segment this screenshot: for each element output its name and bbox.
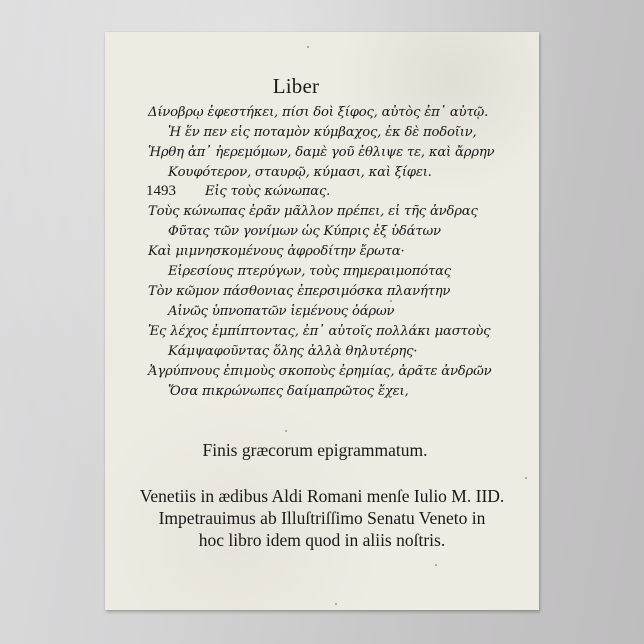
- greek-verse-line: Ἐς λέχος ἐμπίπτοντας, ἐπ᾽ αὐτοῖς πολλάκι…: [148, 324, 490, 339]
- greek-verse-line: Ἀγρύπνους ἐπιμοὺς σκοποὺς ἐρημίας, ἀρᾶτε…: [148, 364, 491, 379]
- paper-speck: [525, 477, 527, 479]
- finis-line: Finis græcorum epigrammatum.: [105, 440, 525, 461]
- greek-verse-line: Ἡ ἕν πεν εἰς ποταμὸν κύμβαχος, ἐκ δὲ ποδ…: [168, 125, 477, 140]
- paper-speck: [285, 430, 287, 432]
- greek-verse-line: Φῦτας τῶν γονίμων ὡς Κύπρις ἐξ ὑδάτων: [168, 224, 441, 239]
- greek-verse-line: Τὸν κῶμον πάσθονιας ἐπερσιμόσκα πλανήτην: [148, 284, 450, 299]
- colophon-line: Venetiis in ædibus Aldi Romani menſe Iul…: [105, 486, 539, 507]
- greek-verse-line: Κουφότερον, σταυρῷ, κύμασι, καὶ ξίφει.: [168, 165, 432, 180]
- paper-speck: [335, 603, 337, 605]
- colophon-line: hoc libro idem quod in aliis noſtris.: [105, 530, 539, 551]
- greek-verse-line: Ἡρθη ἀπ᾽ ἠερεμόμων, δαμὲ γοῦ ἐθλιψε τε, …: [148, 145, 494, 160]
- paper-speck: [160, 112, 162, 114]
- greek-verse-line: Ὅσα πικρώνωπες δαίμαπρῶτος ἔχει,: [168, 384, 408, 399]
- paper-speck: [307, 46, 309, 48]
- greek-verse-line: Τοὺς κώνωπας ἐρᾶν μᾶλλον πρέπει, εἰ τῆς …: [148, 204, 478, 219]
- paper-speck: [390, 300, 392, 302]
- greek-verse-line: Αἰνῶς ὑπνοπατῶν ἱεμένους ὀάρων: [168, 304, 394, 319]
- greek-verse-line: Δίνοβρῳ ἐφεστήκει, πίσι δοὶ ξίφος, αὐτὸς…: [148, 105, 488, 120]
- paper-speck: [435, 564, 437, 566]
- greek-verse-line: Κάμψαφοῦντας ὅλης ἀλλὰ θηλυτέρης·: [168, 344, 417, 359]
- page-title: Liber: [105, 74, 487, 99]
- margin-number: 1493: [146, 183, 176, 200]
- poster-page: Liber Δίνοβρῳ ἐφεστήκει, πίσι δοὶ ξίφος,…: [105, 32, 539, 610]
- greek-verse-line: Καὶ μιμνησκομένους ἀφροδίτην ἔρωτα·: [148, 244, 404, 259]
- epigram-heading: Εἰς τοὺς κώνωπας.: [205, 184, 330, 199]
- greek-verse-line: Εἰρεσίους πτερύγων, τοὺς πημεραιμοπότας: [168, 264, 451, 279]
- colophon-line: Impetrauimus ab Illuſtriſſimo Senatu Ven…: [105, 508, 539, 529]
